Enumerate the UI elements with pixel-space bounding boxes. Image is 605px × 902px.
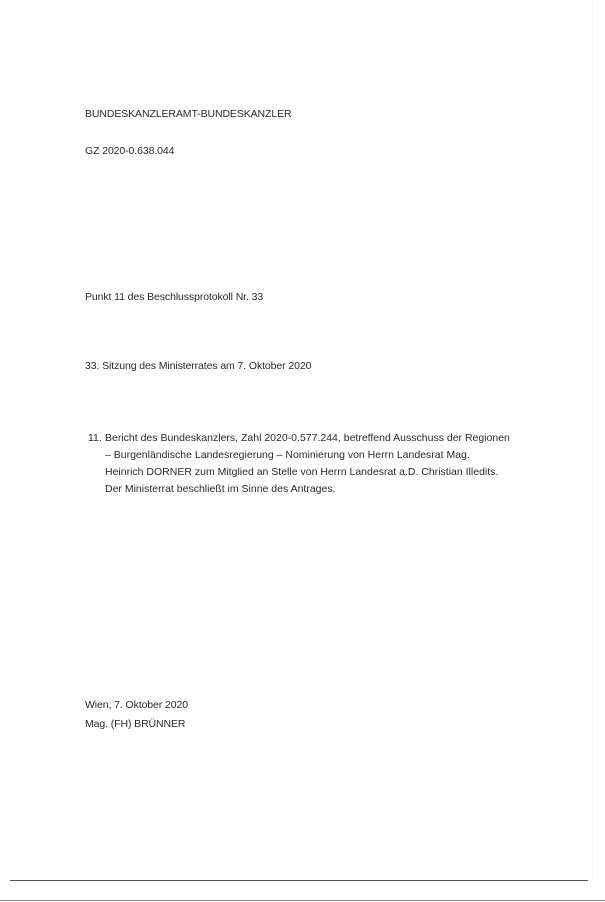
page-bottom-edge (0, 900, 605, 901)
agenda-item-line: Heinrich DORNER zum Mitglied an Stelle v… (105, 464, 510, 481)
signatory: Mag. (FH) BRÜNNER (85, 718, 185, 730)
authority-heading: BUNDESKANZLERAMT-BUNDESKANZLER (85, 108, 291, 120)
footer-rule (10, 880, 588, 881)
agenda-item-line: Der Ministerrat beschließt im Sinne des … (105, 481, 510, 498)
agenda-item-line: Bericht des Bundeskanzlers, Zahl 2020-0.… (105, 430, 510, 447)
place-date: Wien, 7. Oktober 2020 (85, 699, 188, 711)
session-title: 33. Sitzung des Ministerrates am 7. Okto… (85, 360, 311, 372)
scan-edge (592, 0, 593, 880)
protocol-point: Punkt 11 des Beschlussprotokoll Nr. 33 (85, 291, 263, 303)
agenda-item-line: – Burgenländische Landesregierung – Nomi… (105, 447, 510, 464)
agenda-item-number: 11. (88, 430, 102, 447)
reference-number: GZ 2020-0.638.044 (85, 145, 174, 157)
agenda-item-text: Bericht des Bundeskanzlers, Zahl 2020-0.… (105, 430, 510, 498)
